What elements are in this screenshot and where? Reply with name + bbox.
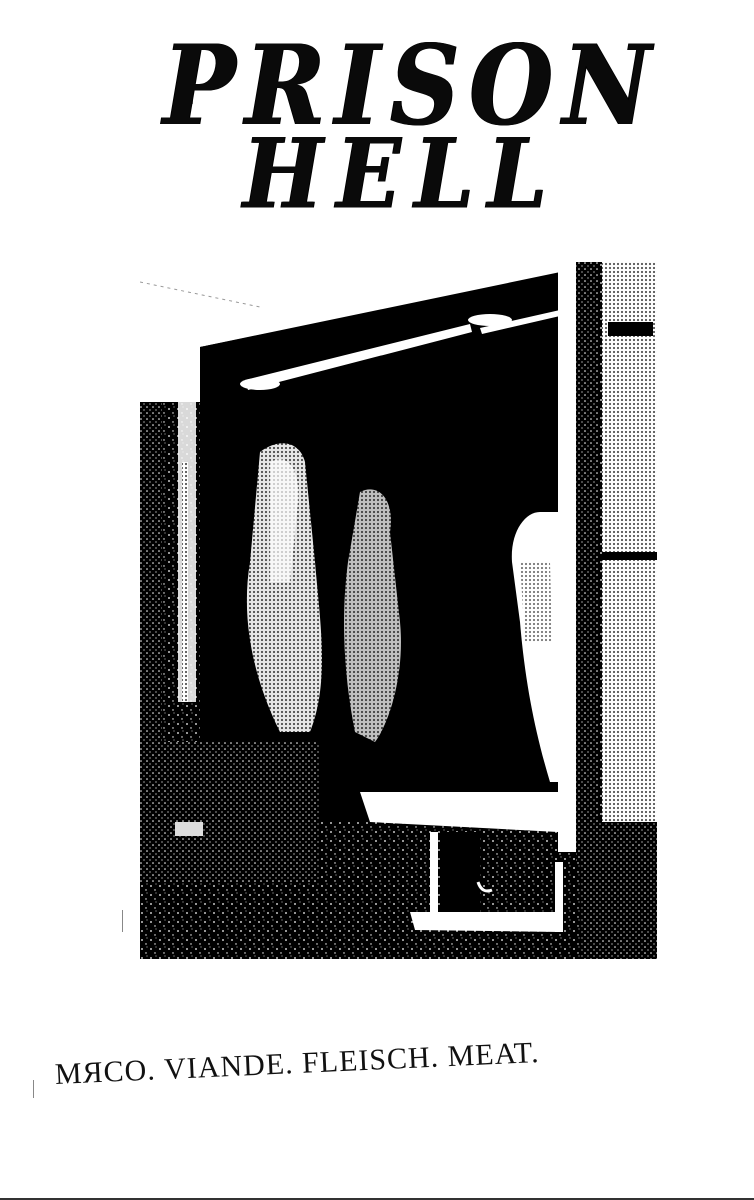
band-name-line2: HELL [50,126,754,223]
cover-photo [140,262,657,959]
band-logo: PRISON HELL [0,38,754,216]
truck-meat-photo [140,262,657,959]
scan-mark [122,910,123,932]
caption-text: МЯСО. VIANDE. FLEISCH. MEAT. [54,1026,754,1092]
scan-mark [33,1080,34,1098]
